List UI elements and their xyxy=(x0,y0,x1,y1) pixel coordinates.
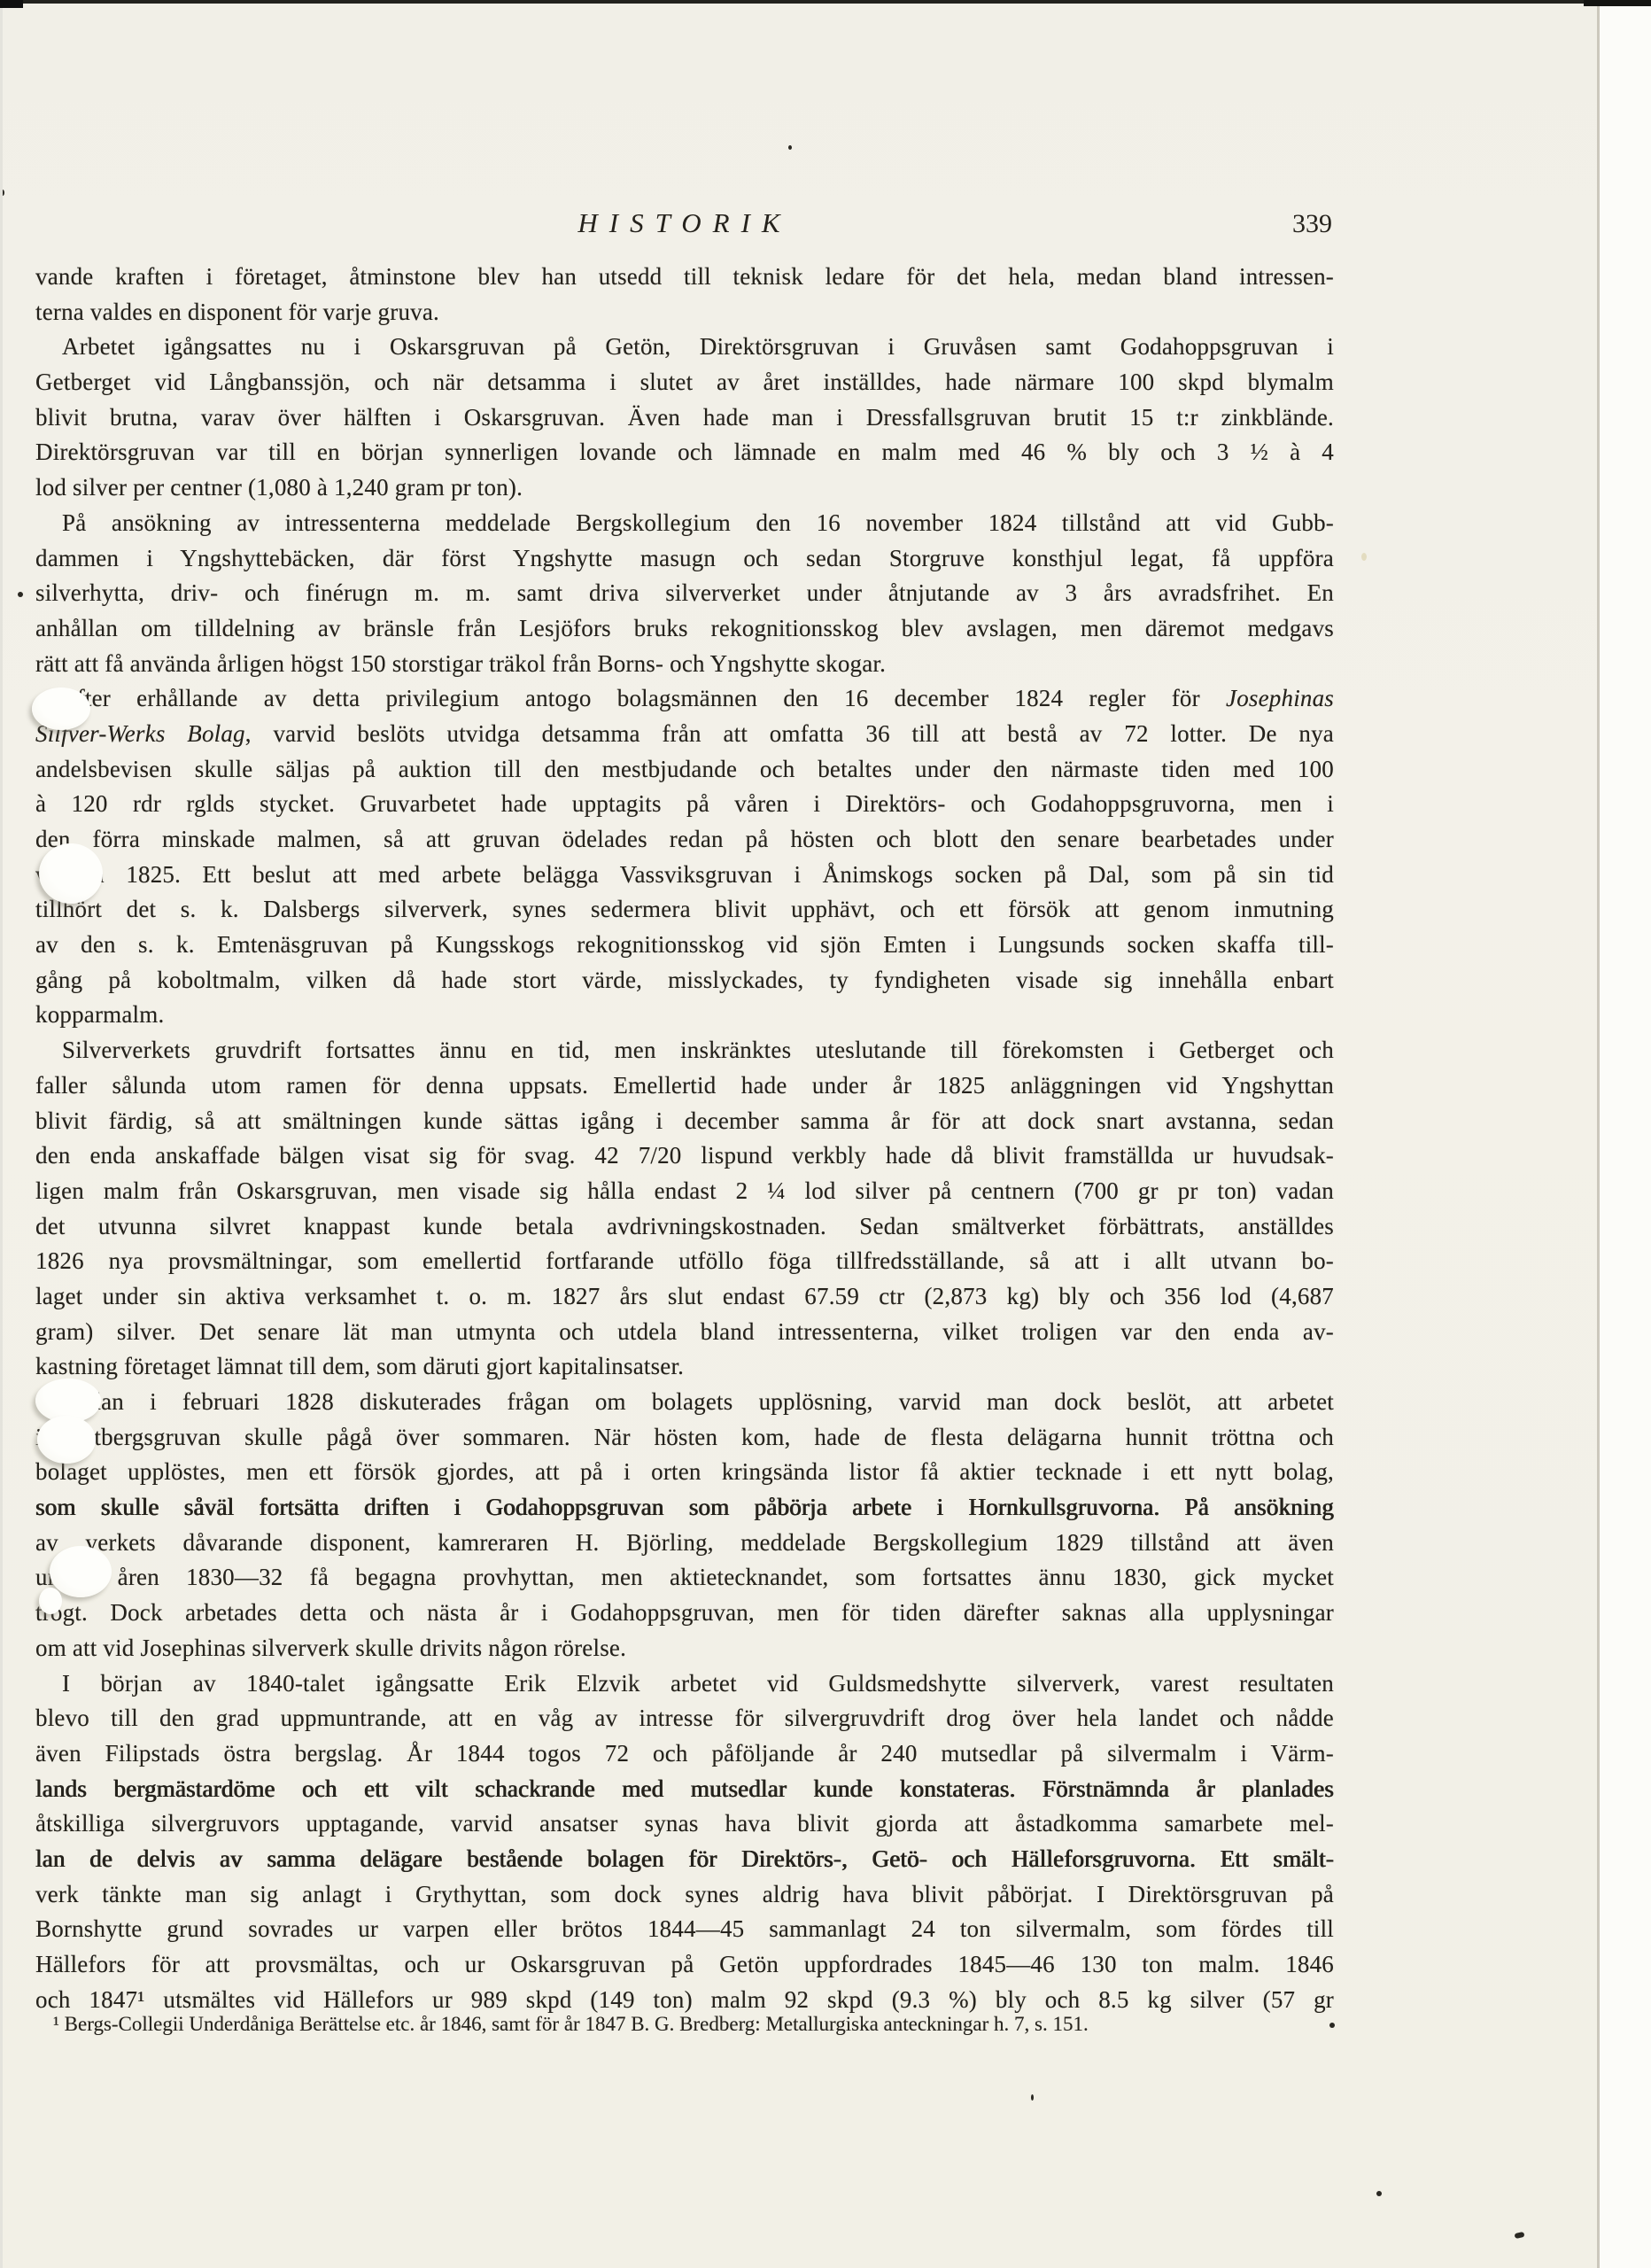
scan-speck xyxy=(1514,2232,1524,2239)
text-line: gram) silver. Det senare lät man utmynta… xyxy=(35,1315,1334,1350)
text-line: 1826 nya provsmältningar, som emellertid… xyxy=(35,1244,1334,1279)
text-line: bolaget upplöstes, men ett försök gjorde… xyxy=(35,1455,1334,1490)
scan-speck xyxy=(1376,2191,1382,2196)
scan-top-edge-dark xyxy=(1584,0,1651,6)
text-line: gång på koboltmalm, vilken då hade stort… xyxy=(35,963,1334,998)
text-line: Hällefors för att provsmältas, och ur Os… xyxy=(35,1947,1334,1983)
text-line: lan de delvis av samma delägare beståend… xyxy=(35,1842,1334,1877)
text-line: blevo till den grad uppmuntrande, att en… xyxy=(35,1701,1334,1736)
scanned-book-page: HISTORIK 339 vande kraften i företaget, … xyxy=(0,0,1651,2268)
text-line: även Filipstads östra bergslag. År 1844 … xyxy=(35,1736,1334,1772)
body-text: vande kraften i företaget, åtminstone bl… xyxy=(35,260,1334,2017)
text-line: åtskilliga silvergruvors upptagande, var… xyxy=(35,1806,1334,1842)
text-line: andelsbevisen skulle säljas på auktion t… xyxy=(35,752,1334,788)
scan-top-edge xyxy=(0,0,1651,4)
text-line: à 120 rdr rglds stycket. Gruvarbetet had… xyxy=(35,787,1334,822)
text-line: blivit brutna, varav över hälften i Oska… xyxy=(35,400,1334,436)
page-number: 339 xyxy=(1292,209,1332,239)
text-line: tillhört det s. k. Dalsbergs silververk,… xyxy=(35,892,1334,928)
text-line: under åren 1830—32 få begagna provhyttan… xyxy=(35,1560,1334,1596)
text-line: verk tänkte man sig anlagt i Grythyttan,… xyxy=(35,1877,1334,1913)
scan-speck xyxy=(1329,2023,1335,2028)
text-line: i Getbergsgruvan skulle pågå över sommar… xyxy=(35,1420,1334,1456)
scan-blob xyxy=(39,843,103,904)
scan-speck xyxy=(1031,2094,1034,2101)
scan-blob xyxy=(32,687,90,730)
text-line: rätt att få använda årligen högst 150 st… xyxy=(35,647,1334,682)
text-line: som skulle såväl fortsätta driften i God… xyxy=(35,1490,1334,1526)
paper-edge xyxy=(1597,4,1600,2268)
text-line: terna valdes en disponent för varje gruv… xyxy=(35,295,1334,330)
text-line: lands bergmästardöme och ett vilt schack… xyxy=(35,1772,1334,1807)
text-line: vintern 1825. Ett beslut att med arbete … xyxy=(35,858,1334,893)
text-line: det utvunna silvret knappast kunde betal… xyxy=(35,1209,1334,1245)
text-line: Arbetet igångsattes nu i Oskarsgruvan på… xyxy=(35,330,1334,365)
scan-top-edge-dark xyxy=(0,0,23,8)
text-line: Direktörsgruvan var till en början synne… xyxy=(35,435,1334,470)
text-line: Silververkets gruvdrift fortsattes ännu … xyxy=(35,1033,1334,1068)
text-line: om att vid Josephinas silververk skulle … xyxy=(35,1631,1334,1666)
scan-backing-strip xyxy=(1600,4,1651,2268)
scan-left-edge xyxy=(0,0,3,2268)
text-line: Getberget vid Långbanssjön, och när dets… xyxy=(35,365,1334,400)
text-line: laget under sin aktiva verksamhet t. o. … xyxy=(35,1279,1334,1315)
text-line: silverhytta, driv- och finérugn m. m. sa… xyxy=(35,576,1334,611)
text-line: ligen malm från Oskarsgruvan, men visade… xyxy=(35,1174,1334,1209)
text-line: Redan i februari 1828 diskuterades fråga… xyxy=(35,1385,1334,1420)
text-line: I början av 1840-talet igångsatte Erik E… xyxy=(35,1666,1334,1702)
scan-blob xyxy=(37,1416,96,1464)
text-line: trögt. Dock arbetades detta och nästa år… xyxy=(35,1596,1334,1631)
text-line: av den s. k. Emtenäsgruvan på Kungsskogs… xyxy=(35,928,1334,963)
text-line: kopparmalm. xyxy=(35,998,1334,1033)
text-line: den enda anskaffade bälgen visat sig för… xyxy=(35,1138,1334,1174)
text-line: anhållan om tilldelning av bränsle från … xyxy=(35,611,1334,647)
text-line: blivit färdig, så att smältningen kunde … xyxy=(35,1104,1334,1139)
text-line: dammen i Yngshyttebäcken, där först Yngs… xyxy=(35,541,1334,577)
text-line: den förra minskade malmen, så att gruvan… xyxy=(35,822,1334,858)
text-line: Bornshytte grund sovrades ur varpen elle… xyxy=(35,1912,1334,1947)
text-line: kastning företaget lämnat till dem, som … xyxy=(35,1349,1334,1385)
scan-speck xyxy=(18,592,23,597)
text-line: På ansökning av intressenterna meddelade… xyxy=(35,506,1334,541)
footnote: ¹ Bergs-Collegii Underdåniga Berättelse … xyxy=(53,2013,1346,2036)
text-line: lod silver per centner (1,080 à 1,240 gr… xyxy=(35,470,1334,506)
text-line: Efter erhållande av detta privilegium an… xyxy=(35,681,1334,717)
page-header: HISTORIK xyxy=(35,207,1334,239)
text-line: av verkets dåvarande disponent, kamrerar… xyxy=(35,1526,1334,1561)
scan-blob xyxy=(50,1546,112,1597)
page-title: HISTORIK xyxy=(577,207,791,238)
scan-blob xyxy=(39,1588,62,1614)
text-line: faller sålunda utom ramen för denna upps… xyxy=(35,1068,1334,1104)
scan-speck xyxy=(1361,553,1367,561)
text-line: Silfver-Werks Bolag, varvid beslöts utvi… xyxy=(35,717,1334,752)
scan-speck xyxy=(788,145,792,150)
text-line: vande kraften i företaget, åtminstone bl… xyxy=(35,260,1334,295)
